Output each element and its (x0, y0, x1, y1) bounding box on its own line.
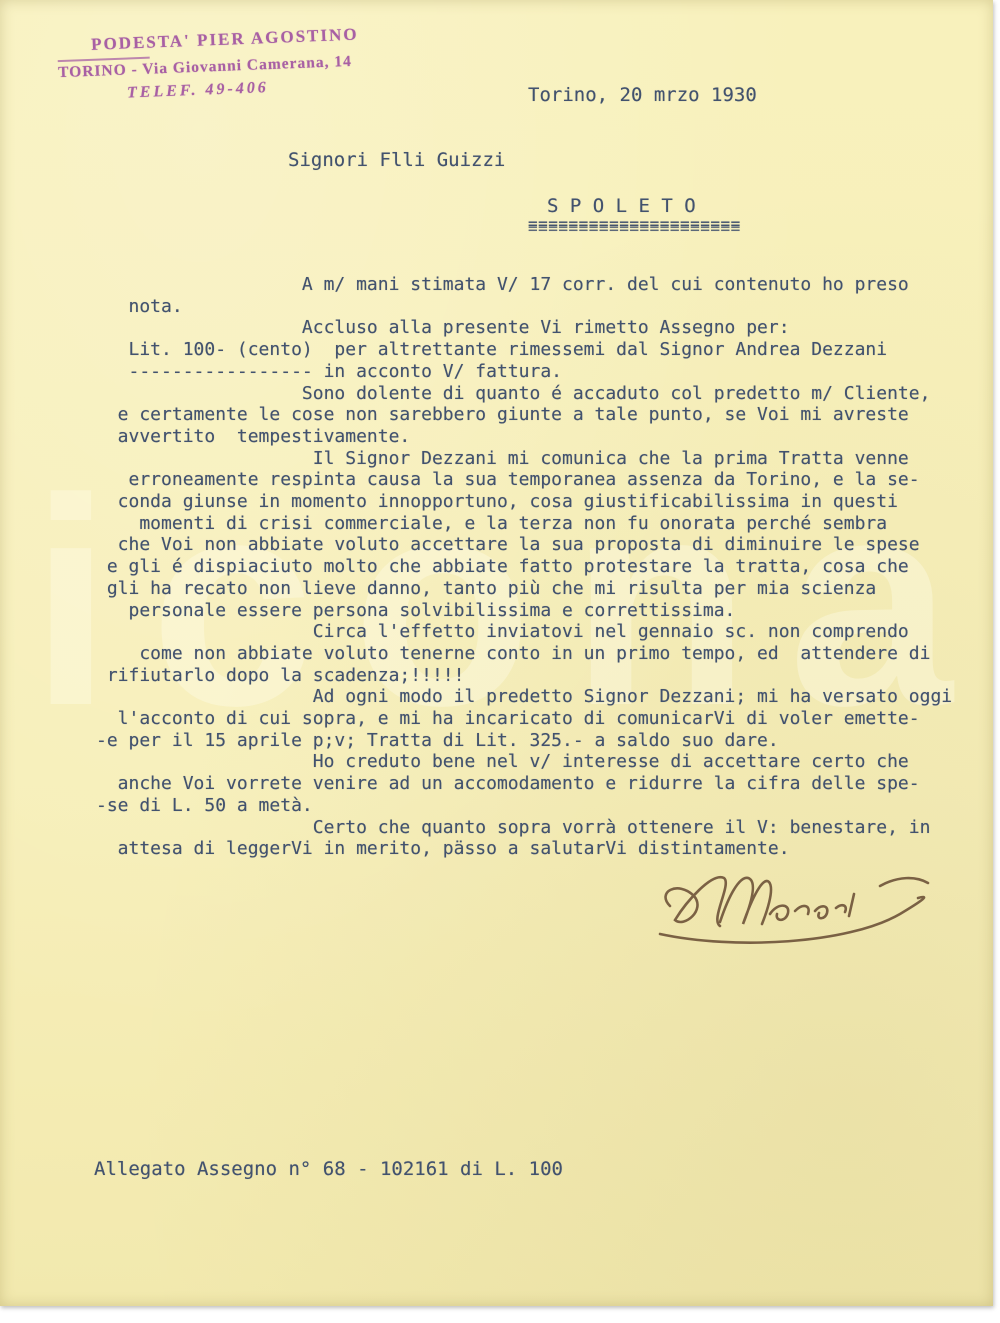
letter-line: Ad ogni modo il predetto Signor Dezzani;… (96, 686, 952, 708)
letter-paper: icona PODESTA' PIER AGOSTINO TORINO - Vi… (0, 0, 993, 1306)
letter-line: avvertito tempestivamente. (96, 426, 952, 448)
letter-line: anche Voi vorrete venire ad un accomodam… (96, 773, 952, 795)
letter-line: Sono dolente di quanto é accaduto col pr… (96, 383, 952, 405)
letter-line: momenti di crisi commerciale, e la terza… (96, 513, 952, 535)
letter-line: rifiutarlo dopo la scadenza;!!!!! (96, 665, 952, 687)
letter-line: Ho creduto bene nel v/ interesse di acce… (96, 751, 952, 773)
letter-line: come non abbiate voluto tenerne conto in… (96, 643, 952, 665)
letter-line: Accluso alla presente Vi rimetto Assegno… (96, 317, 952, 339)
sender-stamp: PODESTA' PIER AGOSTINO TORINO - Via Giov… (57, 24, 379, 105)
stamp-sender-name: PODESTA' PIER AGOSTINO (91, 24, 378, 55)
letter-line: -e per il 15 aprile p;v; Tratta di Lit. … (96, 730, 952, 752)
letter-line: erroneamente respinta causa la sua tempo… (96, 469, 952, 491)
handwritten-signature (648, 856, 978, 948)
letter-line: e certamente le cose non sarebbero giunt… (96, 404, 952, 426)
letter-line: gli ha recato non lieve danno, tanto più… (96, 578, 952, 600)
letter-line: A m/ mani stimata V/ 17 corr. del cui co… (96, 274, 952, 296)
letter-line: Certo che quanto sopra vorrà ottenere il… (96, 817, 952, 839)
enclosure-note: Allegato Assegno n° 68 - 102161 di L. 10… (94, 1158, 563, 1180)
dateline: Torino, 20 mrzo 1930 (528, 84, 757, 106)
letter-line: Lit. 100- (cento) per altrettante rimess… (96, 339, 952, 361)
letter-line: personale essere persona solvibilissima … (96, 600, 952, 622)
addressee: Signori Flli Guizzi (288, 149, 505, 171)
letter-line: Circa l'effetto inviatovi nel gennaio sc… (96, 621, 952, 643)
letter-line: nota. (96, 296, 952, 318)
letter-line: l'acconto di cui sopra, e mi ha incarica… (96, 708, 952, 730)
city-underline: ===================== (528, 219, 741, 238)
letter-line: che Voi non abbiate voluto accettare la … (96, 534, 952, 556)
stamp-telephone: TELEF. 49-406 (127, 75, 380, 103)
letter-line: ----------------- in acconto V/ fattura. (96, 361, 952, 383)
letter-body: A m/ mani stimata V/ 17 corr. del cui co… (96, 274, 952, 860)
letter-line: Il Signor Dezzani mi comunica che la pri… (96, 448, 952, 470)
letter-line: -se di L. 50 a metà. (96, 795, 952, 817)
letter-line: e gli é dispiaciuto molto che abbiate fa… (96, 556, 952, 578)
scanned-letter-page: icona PODESTA' PIER AGOSTINO TORINO - Vi… (0, 0, 1000, 1323)
letter-line: conda giunse in momento innopportuno, co… (96, 491, 952, 513)
